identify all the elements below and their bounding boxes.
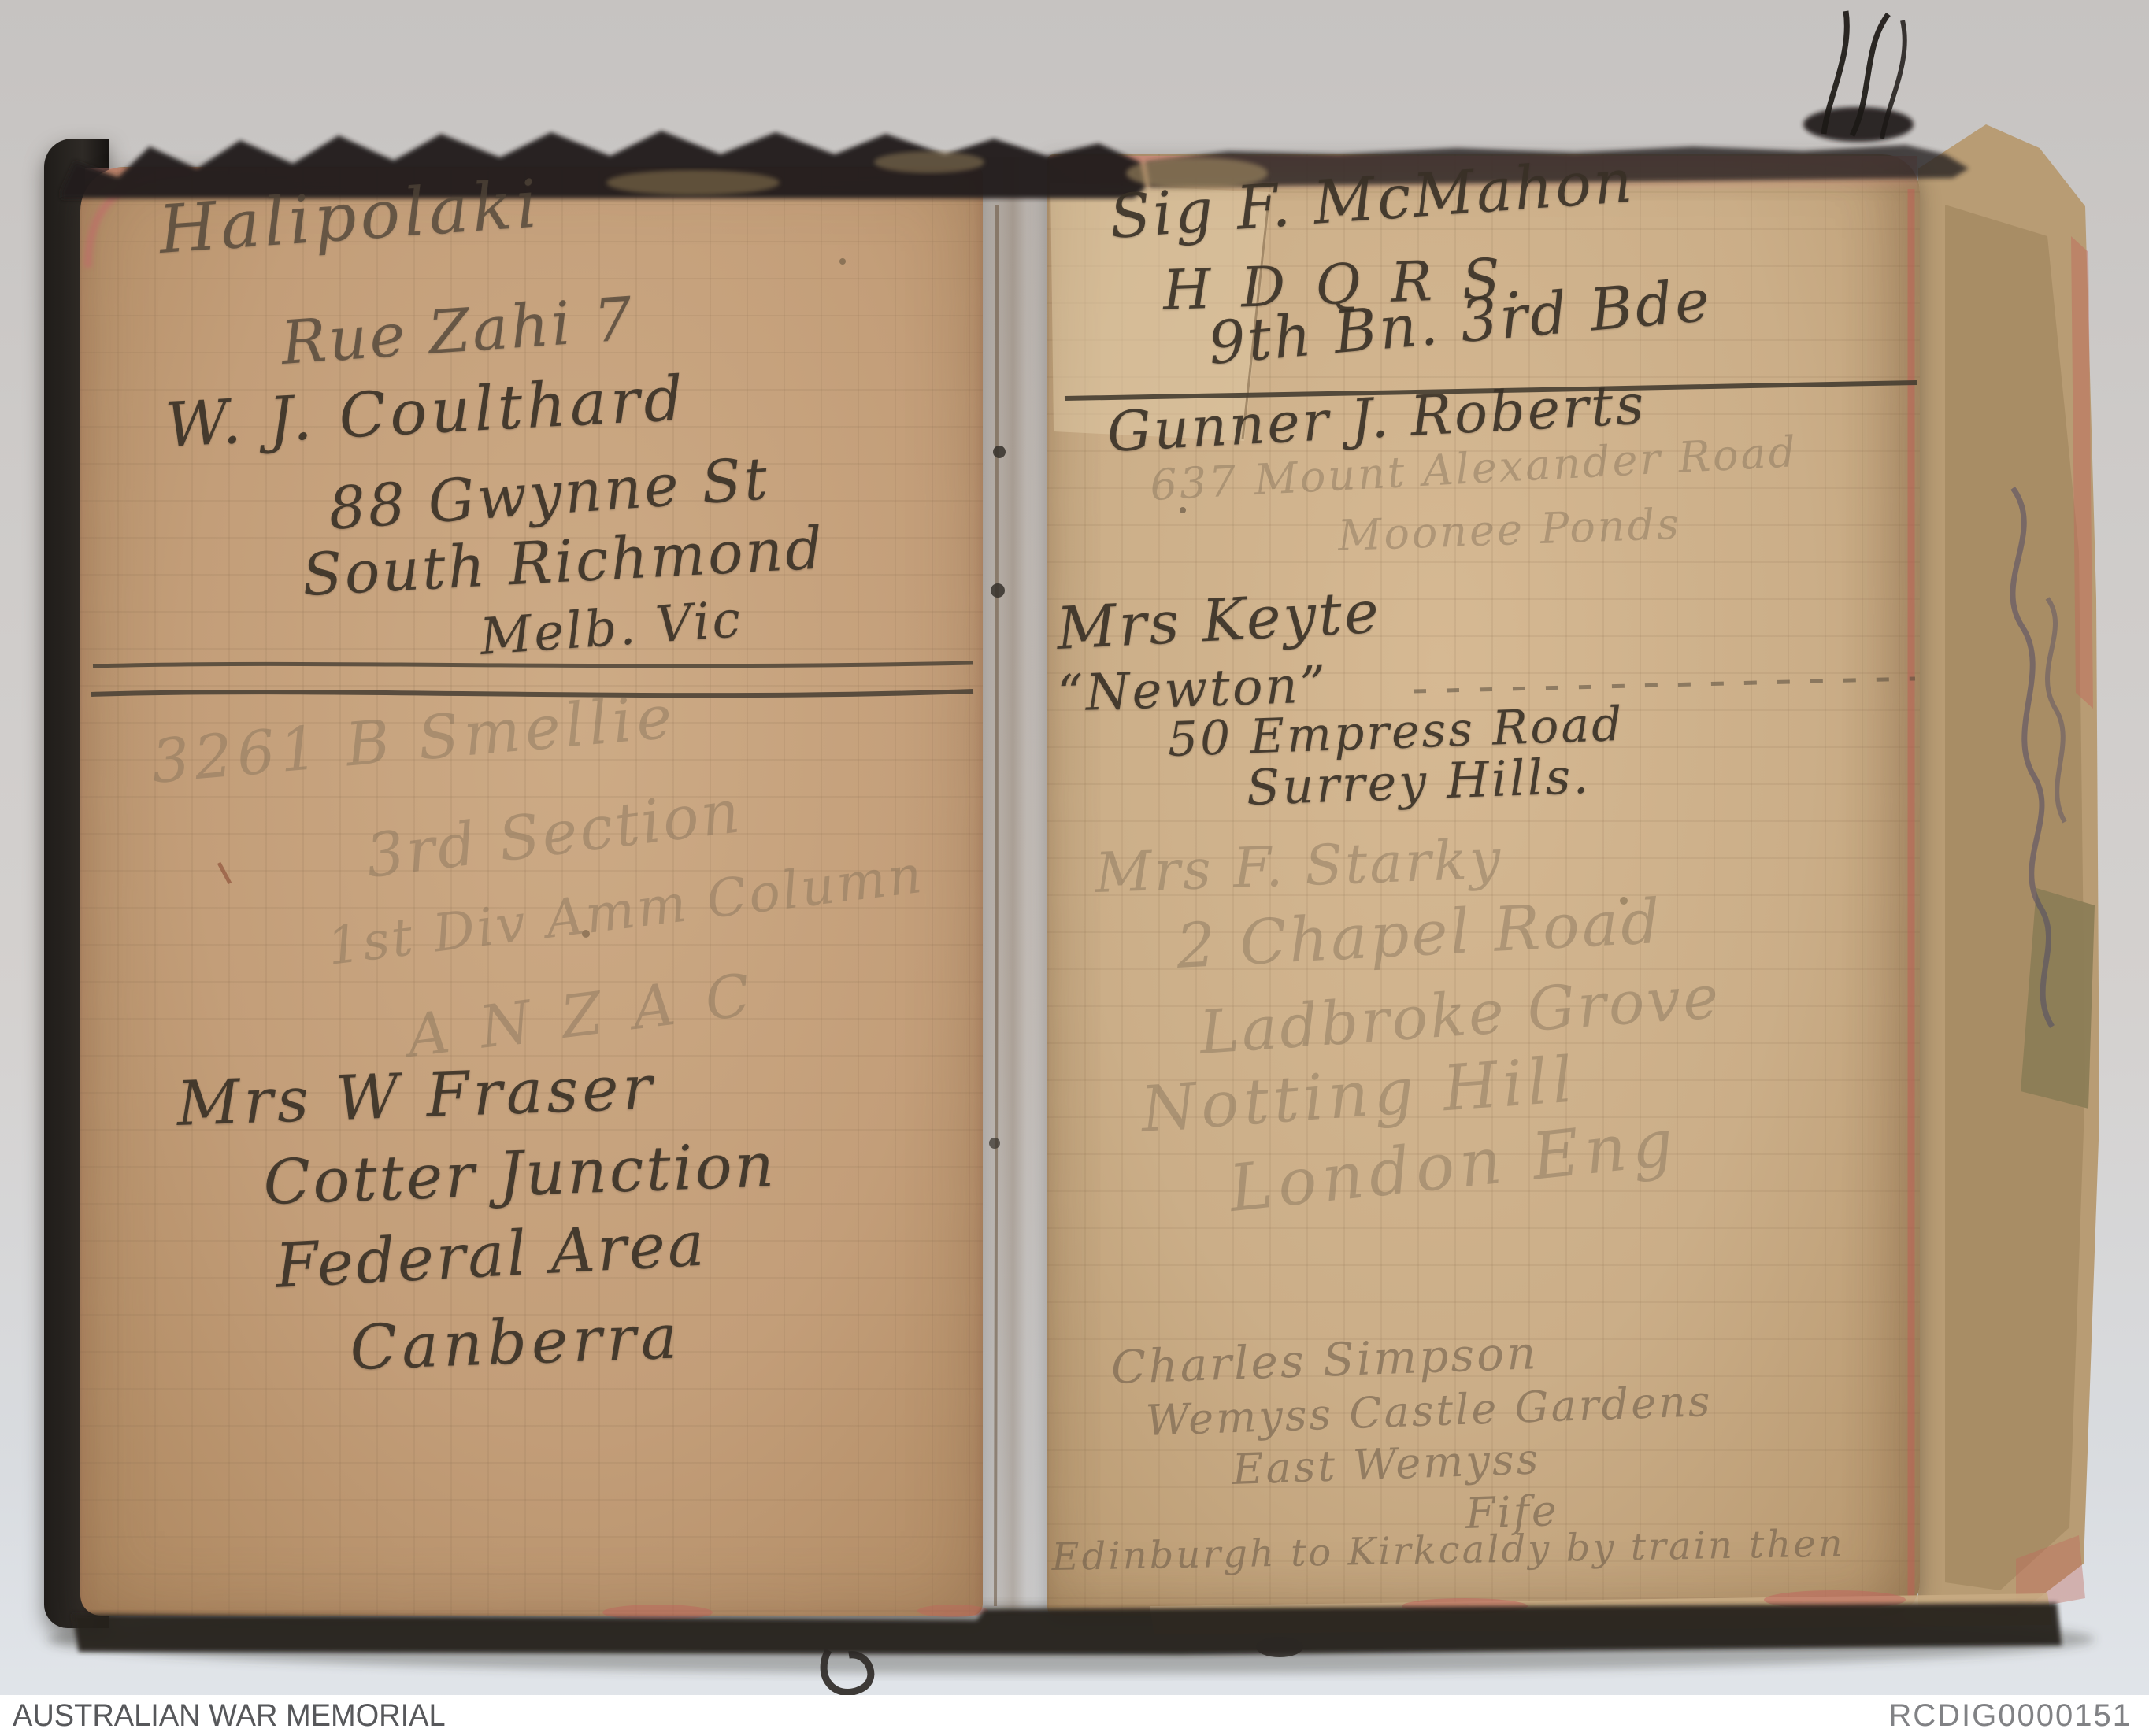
bottom-binding-strip bbox=[72, 1603, 2062, 1655]
dashed-pencil-line bbox=[1414, 679, 1915, 691]
stitch-hole bbox=[991, 583, 1005, 598]
handwriting-line: Moonee Ponds bbox=[1337, 503, 1682, 557]
handwriting-line: Mrs Keyte bbox=[1055, 583, 1382, 658]
handwriting-line: East Wemyss bbox=[1232, 1438, 1541, 1491]
handwriting-line: Canberra bbox=[349, 1306, 683, 1379]
handwriting-line: Surrey Hills. bbox=[1246, 752, 1591, 812]
thread-curl bbox=[824, 1650, 871, 1693]
speck bbox=[839, 258, 846, 265]
scanned-notebook-spread: Halipolaki Rue Zahi 7 W. J. Coulthard 88… bbox=[0, 0, 2149, 1736]
footer-item-id: RCDIG0000151 bbox=[1888, 1698, 2132, 1734]
stitch-hole bbox=[993, 446, 1006, 458]
fiber-stain bbox=[219, 863, 230, 883]
hand-rule-left-1 bbox=[93, 663, 973, 666]
paper-debris bbox=[606, 170, 780, 195]
handwriting-line: Charles Simpson bbox=[1110, 1330, 1539, 1390]
handwriting-line: Mrs W Fraser bbox=[176, 1057, 657, 1135]
stitch-hole bbox=[989, 1138, 1000, 1149]
book-decor bbox=[0, 0, 2149, 1736]
thread-tuft bbox=[1256, 1637, 1303, 1657]
paper-debris bbox=[874, 151, 984, 173]
handwriting-line: Cotter Junction bbox=[262, 1135, 777, 1214]
footer-archive-name: AUSTRALIAN WAR MEMORIAL bbox=[13, 1698, 446, 1734]
footer-bar: AUSTRALIAN WAR MEMORIAL RCDIG0000151 bbox=[0, 1695, 2149, 1736]
gutter-crease bbox=[995, 205, 997, 1606]
red-smudge bbox=[917, 1605, 988, 1617]
handwriting-line: Mrs F. Starky bbox=[1095, 831, 1504, 901]
